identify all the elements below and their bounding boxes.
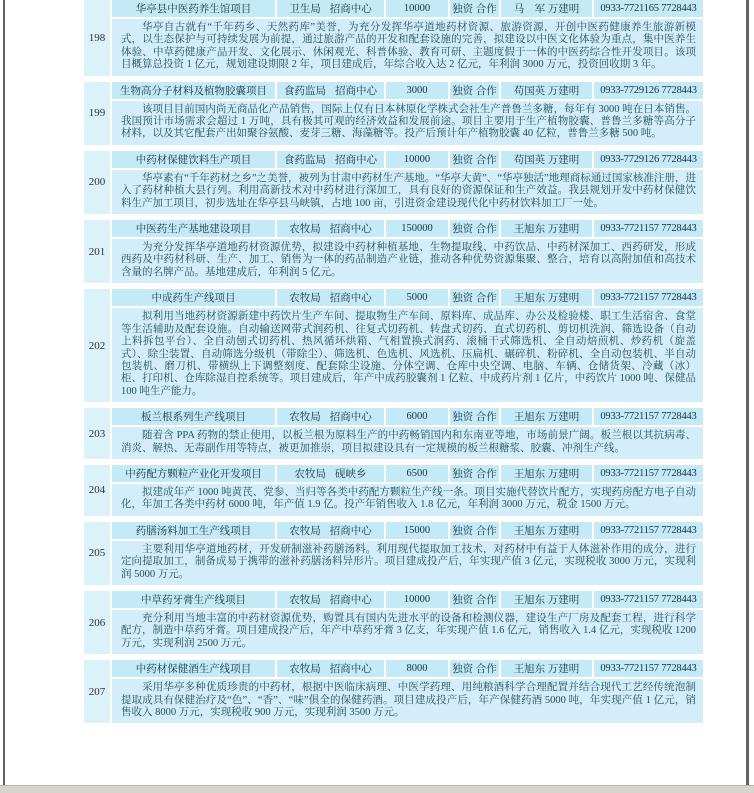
project-name-cell: 中药材保健酒生产线项目 (112, 660, 275, 677)
contacts-cell: 王旭东 万建明 (501, 465, 592, 482)
agency-label: 招商中心 (330, 409, 372, 424)
department-cell: 农牧局招商中心 (277, 591, 384, 608)
project-description: 拟利用当地药材资源新建中药饮片生产车间、提取物生产车间、原料库、成品库、办公及检… (112, 308, 703, 402)
contacts-cell: 苟国英 万建明 (501, 151, 592, 168)
project-description: 采用华亭多种优质珍贵的中药材，根据中医临床病理、中医学药理、用纯粮酒科学合理配置… (112, 679, 703, 723)
project-description: 随着含 PPA 药物的禁止使用，以板兰根为原料生产的中药畅销国内和东南亚等地，市… (112, 427, 703, 459)
phone-cell: 0933-7721165 7728443 (594, 0, 703, 17)
investment-amount-cell: 3000 (386, 82, 448, 99)
project-header-row: 药膳汤料加工生产线项目 农牧局招商中心 15000 独资 合作 王旭东 万建明 … (112, 522, 703, 539)
project-name-cell: 华亭县中医药养生馆项目 (112, 0, 275, 17)
project-name-cell: 药膳汤料加工生产线项目 (112, 522, 275, 539)
window-border-left (3, 0, 5, 793)
project-header-row: 中药配方颗粒产业化开发项目 农牧局砚峡乡 6500 独资 合作 王旭东 万建明 … (112, 465, 703, 482)
project-number: 204 (84, 465, 110, 516)
projects-table: 198 华亭县中医药养生馆项目 卫生局招商中心 10000 独资 合作 马 军 … (84, 0, 703, 729)
department-label: 农牧局 (295, 466, 327, 481)
project-name-cell: 板兰根系列生产线项目 (112, 408, 275, 425)
department-label: 农牧局 (289, 290, 321, 305)
contacts-cell: 王旭东 万建明 (501, 660, 592, 677)
project-header-row: 中药材保健酒生产线项目 农牧局招商中心 8000 独资 合作 王旭东 万建明 0… (112, 660, 703, 677)
project-description: 华亭素有“千年药材之乡”之美誉，被列为甘肃中药材生产基地。“华亭大黄”、“华亭独… (112, 170, 703, 214)
project-content: 板兰根系列生产线项目 农牧局招商中心 6000 独资 合作 王旭东 万建明 09… (112, 408, 703, 459)
project-number: 202 (84, 289, 110, 402)
project-row: 205 药膳汤料加工生产线项目 农牧局招商中心 15000 独资 合作 王旭东 … (84, 522, 703, 585)
cooperation-mode-cell: 独资 合作 (450, 0, 499, 17)
project-header-row: 中医药生产基地建设项目 农牧局招商中心 150000 独资 合作 王旭东 万建明… (112, 220, 703, 237)
department-label: 卫生局 (289, 1, 321, 16)
project-header-row: 中药材保健饮料生产项目 食药监局招商中心 10000 独资 合作 苟国英 万建明… (112, 151, 703, 168)
phone-cell: 0933-7721157 7728443 (594, 220, 703, 237)
contacts-cell: 王旭东 万建明 (501, 289, 592, 306)
department-cell: 食药监局招商中心 (277, 82, 384, 99)
agency-label: 砚峡乡 (335, 466, 367, 481)
investment-amount-cell: 10000 (386, 0, 448, 17)
agency-label: 招商中心 (335, 152, 377, 167)
investment-amount-cell: 10000 (386, 151, 448, 168)
phone-cell: 0933-7729126 7728443 (594, 82, 703, 99)
investment-amount-cell: 150000 (386, 220, 448, 237)
department-cell: 农牧局招商中心 (277, 408, 384, 425)
project-number: 203 (84, 408, 110, 459)
investment-amount-cell: 10000 (386, 591, 448, 608)
department-label: 农牧局 (289, 221, 321, 236)
project-description: 华亭自古就有“千年药乡、天然药库”美誉，为充分发挥华亭道地药材资源、旅游资源，开… (112, 19, 703, 76)
project-content: 中草药牙膏生产线项目 农牧局招商中心 10000 独资 合作 王旭东 万建明 0… (112, 591, 703, 654)
agency-label: 招商中心 (330, 1, 372, 16)
project-number: 199 (84, 82, 110, 145)
cooperation-mode-cell: 独资 合作 (450, 220, 499, 237)
department-cell: 农牧局砚峡乡 (277, 465, 384, 482)
project-description: 为充分发挥华亭道地药材资源优势，拟建设中药材种植基地、生物提取线、中药饮品、中药… (112, 239, 703, 283)
agency-label: 招商中心 (335, 83, 377, 98)
project-number: 200 (84, 151, 110, 214)
project-name-cell: 中成药生产线项目 (112, 289, 275, 306)
project-number: 207 (84, 660, 110, 723)
project-header-row: 中草药牙膏生产线项目 农牧局招商中心 10000 独资 合作 王旭东 万建明 0… (112, 591, 703, 608)
department-label: 农牧局 (289, 592, 321, 607)
contacts-cell: 王旭东 万建明 (501, 522, 592, 539)
contacts-cell: 苟国英 万建明 (501, 82, 592, 99)
project-header-row: 生物高分子材料及植物胶囊项目 食药监局招商中心 3000 独资 合作 苟国英 万… (112, 82, 703, 99)
investment-amount-cell: 8000 (386, 660, 448, 677)
phone-cell: 0933-7721157 7728443 (594, 465, 703, 482)
cooperation-mode-cell: 独资 合作 (450, 660, 499, 677)
department-label: 食药监局 (284, 83, 326, 98)
project-row: 206 中草药牙膏生产线项目 农牧局招商中心 10000 独资 合作 王旭东 万… (84, 591, 703, 654)
agency-label: 招商中心 (330, 221, 372, 236)
agency-label: 招商中心 (330, 592, 372, 607)
project-row: 201 中医药生产基地建设项目 农牧局招商中心 150000 独资 合作 王旭东… (84, 220, 703, 283)
department-cell: 农牧局招商中心 (277, 220, 384, 237)
project-content: 中成药生产线项目 农牧局招商中心 5000 独资 合作 王旭东 万建明 0933… (112, 289, 703, 402)
project-number: 206 (84, 591, 110, 654)
window-border-right (746, 0, 749, 793)
cooperation-mode-cell: 独资 合作 (450, 408, 499, 425)
project-row: 198 华亭县中医药养生馆项目 卫生局招商中心 10000 独资 合作 马 军 … (84, 0, 703, 76)
project-row: 202 中成药生产线项目 农牧局招商中心 5000 独资 合作 王旭东 万建明 … (84, 289, 703, 402)
window-bottom-bar (0, 785, 754, 793)
investment-amount-cell: 6500 (386, 465, 448, 482)
department-cell: 卫生局招商中心 (277, 0, 384, 17)
project-name-cell: 中医药生产基地建设项目 (112, 220, 275, 237)
cooperation-mode-cell: 独资 合作 (450, 522, 499, 539)
project-content: 生物高分子材料及植物胶囊项目 食药监局招商中心 3000 独资 合作 苟国英 万… (112, 82, 703, 145)
project-name-cell: 中药配方颗粒产业化开发项目 (112, 465, 275, 482)
cooperation-mode-cell: 独资 合作 (450, 151, 499, 168)
contacts-cell: 王旭东 万建明 (501, 408, 592, 425)
investment-amount-cell: 15000 (386, 522, 448, 539)
cooperation-mode-cell: 独资 合作 (450, 289, 499, 306)
project-content: 华亭县中医药养生馆项目 卫生局招商中心 10000 独资 合作 马 军 万建明 … (112, 0, 703, 76)
project-header-row: 华亭县中医药养生馆项目 卫生局招商中心 10000 独资 合作 马 军 万建明 … (112, 0, 703, 17)
contacts-cell: 王旭东 万建明 (501, 220, 592, 237)
project-content: 中药配方颗粒产业化开发项目 农牧局砚峡乡 6500 独资 合作 王旭东 万建明 … (112, 465, 703, 516)
contacts-cell: 王旭东 万建明 (501, 591, 592, 608)
project-description: 充分利用当地丰富的中药材资源优势，购置具有国内先进水平的设备和检测仪器，建设生产… (112, 610, 703, 654)
department-cell: 食药监局招商中心 (277, 151, 384, 168)
project-header-row: 中成药生产线项目 农牧局招商中心 5000 独资 合作 王旭东 万建明 0933… (112, 289, 703, 306)
project-number: 201 (84, 220, 110, 283)
project-name-cell: 中药材保健饮料生产项目 (112, 151, 275, 168)
project-content: 药膳汤料加工生产线项目 农牧局招商中心 15000 独资 合作 王旭东 万建明 … (112, 522, 703, 585)
phone-cell: 0933-7729126 7728443 (594, 151, 703, 168)
project-header-row: 板兰根系列生产线项目 农牧局招商中心 6000 独资 合作 王旭东 万建明 09… (112, 408, 703, 425)
project-row: 199 生物高分子材料及植物胶囊项目 食药监局招商中心 3000 独资 合作 苟… (84, 82, 703, 145)
project-row: 207 中药材保健酒生产线项目 农牧局招商中心 8000 独资 合作 王旭东 万… (84, 660, 703, 723)
phone-cell: 0933-7721157 7728443 (594, 522, 703, 539)
investment-amount-cell: 5000 (386, 289, 448, 306)
cooperation-mode-cell: 独资 合作 (450, 465, 499, 482)
department-label: 食药监局 (284, 152, 326, 167)
agency-label: 招商中心 (330, 661, 372, 676)
project-number: 205 (84, 522, 110, 585)
agency-label: 招商中心 (330, 290, 372, 305)
project-name-cell: 生物高分子材料及植物胶囊项目 (112, 82, 275, 99)
phone-cell: 0933-7721157 7728443 (594, 591, 703, 608)
cooperation-mode-cell: 独资 合作 (450, 591, 499, 608)
project-content: 中医药生产基地建设项目 农牧局招商中心 150000 独资 合作 王旭东 万建明… (112, 220, 703, 283)
project-row: 204 中药配方颗粒产业化开发项目 农牧局砚峡乡 6500 独资 合作 王旭东 … (84, 465, 703, 516)
department-cell: 农牧局招商中心 (277, 289, 384, 306)
investment-amount-cell: 6000 (386, 408, 448, 425)
project-description: 主要利用华亭道地药材，开发研制滋补药膳汤料。利用现代提取加工技术，对药材中有益于… (112, 541, 703, 585)
phone-cell: 0933-7721157 7728443 (594, 408, 703, 425)
phone-cell: 0933-7721157 7728443 (594, 660, 703, 677)
phone-cell: 0933-7721157 7728443 (594, 289, 703, 306)
department-cell: 农牧局招商中心 (277, 660, 384, 677)
project-content: 中药材保健饮料生产项目 食药监局招商中心 10000 独资 合作 苟国英 万建明… (112, 151, 703, 214)
department-cell: 农牧局招商中心 (277, 522, 384, 539)
project-row: 200 中药材保健饮料生产项目 食药监局招商中心 10000 独资 合作 苟国英… (84, 151, 703, 214)
project-description: 该项目目前国内尚无商品化产品销售，国际上仅有日本林原化学株式会社生产普鲁兰多糖，… (112, 101, 703, 145)
project-row: 203 板兰根系列生产线项目 农牧局招商中心 6000 独资 合作 王旭东 万建… (84, 408, 703, 459)
project-content: 中药材保健酒生产线项目 农牧局招商中心 8000 独资 合作 王旭东 万建明 0… (112, 660, 703, 723)
contacts-cell: 马 军 万建明 (501, 0, 592, 17)
department-label: 农牧局 (289, 661, 321, 676)
project-number: 198 (84, 0, 110, 76)
project-description: 拟建成年产 1000 吨黄芪、党参、当归等各类中药配方颗粒生产线一条。项目实施代… (112, 484, 703, 516)
agency-label: 招商中心 (330, 523, 372, 538)
cooperation-mode-cell: 独资 合作 (450, 82, 499, 99)
department-label: 农牧局 (289, 409, 321, 424)
project-name-cell: 中草药牙膏生产线项目 (112, 591, 275, 608)
department-label: 农牧局 (289, 523, 321, 538)
